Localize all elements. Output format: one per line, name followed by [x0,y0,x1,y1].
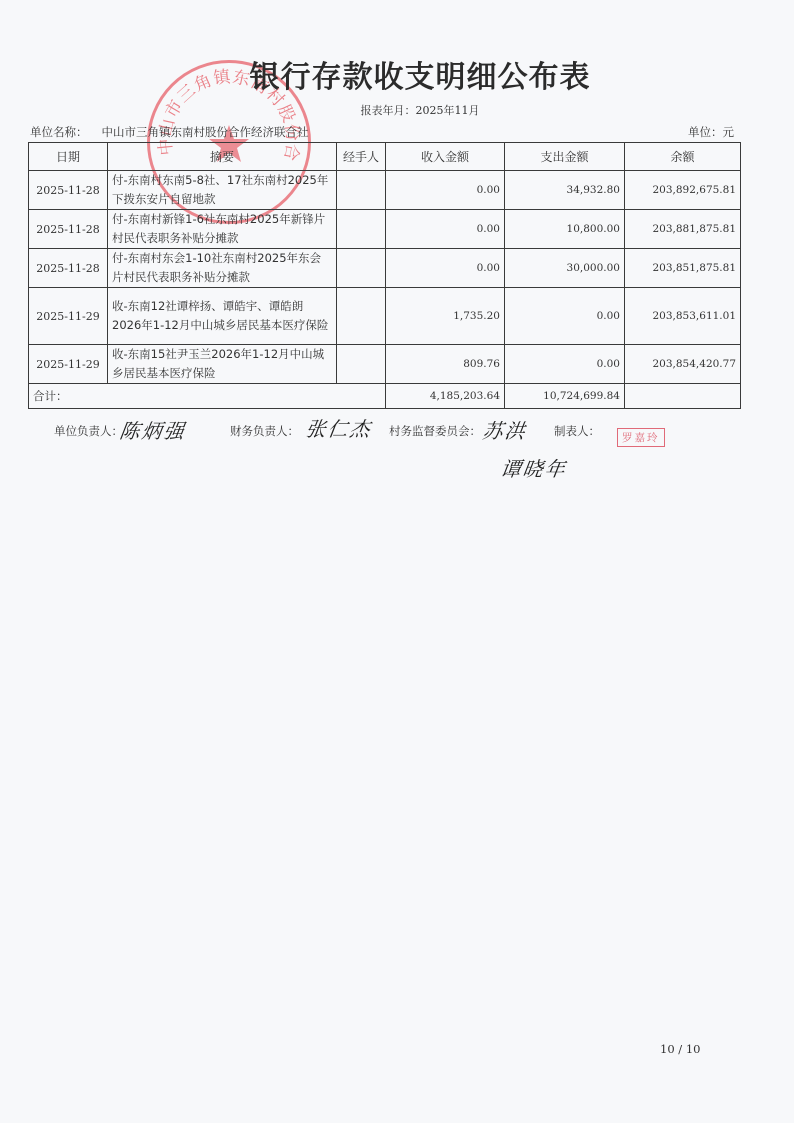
cell-date: 2025-11-28 [29,171,108,210]
cell-income: 809.76 [386,345,505,384]
cell-handler [337,288,386,345]
total-balance [625,384,741,409]
unit-name-row: 单位名称：中山市三角镇东南村股份合作经济联合社 [30,124,309,140]
currency-unit: 单位：元 [688,124,734,140]
cell-expense: 0.00 [505,288,625,345]
table-row: 2025-11-28 付-东南村东会1-10社东南村2025年东会片村民代表职务… [29,249,741,288]
header-balance: 余额 [625,143,741,171]
finance-head-signature-block: 财务负责人： 张仁杰 [230,423,299,439]
supervisory-signature-2: 谭晓年 [499,453,569,482]
header-date: 日期 [29,143,108,171]
unit-name-value: 中山市三角镇东南村股份合作经济联合社 [102,125,309,139]
table-row: 2025-11-28 付-东南村新锋1-6社东南村2025年新锋片村民代表职务补… [29,210,741,249]
total-row: 合计： 4,185,203.64 10,724,699.84 [29,384,741,409]
total-label: 合计： [29,384,386,409]
cell-balance: 203,892,675.81 [625,171,741,210]
cell-expense: 10,800.00 [505,210,625,249]
report-month: 报表年月：2025年11月 [330,102,510,118]
cell-summary: 收-东南12社谭梓扬、谭皓宇、谭皓朗2026年1-12月中山城乡居民基本医疗保险 [108,288,337,345]
cell-balance: 203,853,611.01 [625,288,741,345]
cell-income: 0.00 [386,249,505,288]
table-header-row: 日期 摘要 经手人 收入金额 支出金额 余额 [29,143,741,171]
unit-head-signature-block: 单位负责人： 陈炳强 [54,423,123,439]
table-row: 2025-11-28 付-东南村东南5-8社、17社东南村2025年下拨东安片自… [29,171,741,210]
report-month-label: 报表年月： [361,104,416,117]
cell-income: 0.00 [386,171,505,210]
cell-handler [337,249,386,288]
cell-handler [337,171,386,210]
cell-expense: 34,932.80 [505,171,625,210]
cell-income: 1,735.20 [386,288,505,345]
unit-head-signature: 陈炳强 [118,415,188,444]
table-row: 2025-11-29 收-东南15社尹玉兰2026年1-12月中山城乡居民基本医… [29,345,741,384]
ledger-table: 日期 摘要 经手人 收入金额 支出金额 余额 2025-11-28 付-东南村东… [28,142,741,409]
unit-head-label: 单位负责人： [54,423,123,439]
finance-head-label: 财务负责人： [230,423,299,439]
header-handler: 经手人 [337,143,386,171]
unit-name-label: 单位名称： [30,125,88,139]
cell-summary: 付-东南村东会1-10社东南村2025年东会片村民代表职务补贴分摊款 [108,249,337,288]
cell-balance: 203,854,420.77 [625,345,741,384]
cell-balance: 203,851,875.81 [625,249,741,288]
page-number: 10 / 10 [660,1042,700,1056]
cell-date: 2025-11-28 [29,249,108,288]
header-income: 收入金额 [386,143,505,171]
cell-date: 2025-11-29 [29,288,108,345]
cell-summary: 付-东南村新锋1-6社东南村2025年新锋片村民代表职务补贴分摊款 [108,210,337,249]
preparer-label: 制表人： [554,423,600,439]
total-income: 4,185,203.64 [386,384,505,409]
cell-summary: 收-东南15社尹玉兰2026年1-12月中山城乡居民基本医疗保险 [108,345,337,384]
preparer-name-stamp: 罗嘉玲 [617,428,665,447]
cell-handler [337,345,386,384]
supervisory-signature-block: 村务监督委员会： 苏洪 谭晓年 [389,423,481,439]
document-title: 银行存款收支明细公布表 [240,52,600,96]
document-page: 中山市三角镇东南村股份合作经济联合社 银行存款收支明细公布表 报表年月：2025… [0,0,794,1123]
table-row: 2025-11-29 收-东南12社谭梓扬、谭皓宇、谭皓朗2026年1-12月中… [29,288,741,345]
cell-income: 0.00 [386,210,505,249]
preparer-signature-block: 制表人： [554,423,600,439]
cell-summary: 付-东南村东南5-8社、17社东南村2025年下拨东安片自留地款 [108,171,337,210]
supervisory-signature-1: 苏洪 [481,415,529,444]
cell-balance: 203,881,875.81 [625,210,741,249]
cell-handler [337,210,386,249]
header-expense: 支出金额 [505,143,625,171]
cell-date: 2025-11-28 [29,210,108,249]
supervisory-label: 村务监督委员会： [389,423,481,439]
report-month-value: 2025年11月 [416,104,480,117]
cell-expense: 30,000.00 [505,249,625,288]
total-expense: 10,724,699.84 [505,384,625,409]
cell-expense: 0.00 [505,345,625,384]
finance-head-signature: 张仁杰 [304,413,374,442]
cell-date: 2025-11-29 [29,345,108,384]
header-summary: 摘要 [108,143,337,171]
